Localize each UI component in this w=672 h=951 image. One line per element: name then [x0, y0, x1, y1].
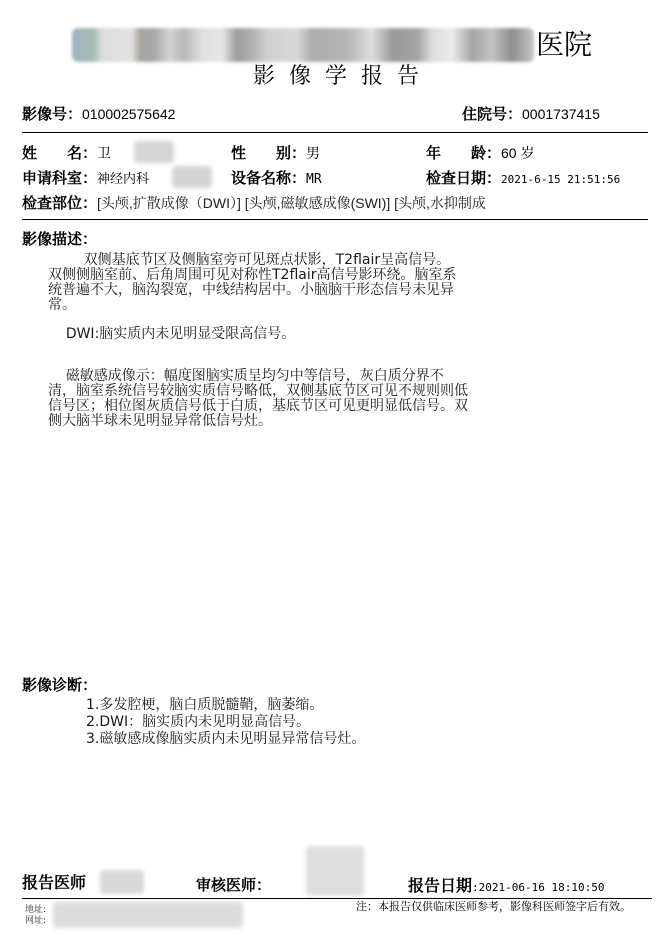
divider-footer [22, 898, 652, 899]
exam-date-value: 2021-6-15 21:51:56 [501, 173, 620, 186]
patient-age-field: 年 龄：60 岁 [426, 143, 534, 163]
patient-name-value: 卫 [97, 146, 111, 162]
report-date-field: 报告日期:2021-06-16 18:10:50 [408, 876, 604, 898]
website-label: 网址: [25, 916, 46, 927]
device-label: 设备名称： [231, 169, 306, 187]
patient-name-redacted [134, 141, 174, 163]
disclaimer-note: 注：本报告仅供临床医师参考，影像科医师签字后有效。 [356, 900, 631, 914]
reporter-signature-redacted [100, 870, 144, 894]
diagnosis-item: 1.多发腔梗，脑白质脱髓鞘，脑萎缩。 [86, 697, 365, 714]
exam-site-value: [头颅,扩散成像（DWI）] [头颅,磁敏感成像(SWI)] [头颅,水抑制成 [97, 195, 486, 211]
inpatient-number-label: 住院号： [462, 105, 522, 123]
exam-site-label: 检查部位： [22, 194, 97, 212]
image-number-field: 影像号：010002575642 [22, 104, 175, 124]
patient-gender-value: 男 [306, 145, 320, 161]
report-date-label: 报告日期 [408, 876, 472, 895]
reporter-label: 报告医师 [22, 873, 86, 893]
patient-gender-label: 性 别： [231, 144, 306, 162]
diagnosis-item: 2.DWI：脑实质内未见明显高信号。 [86, 714, 365, 731]
description-paragraph-1: 双侧基底节区及侧脑室旁可见斑点状影，T2flair呈高信号。 双侧侧脑室前、后角… [48, 253, 588, 313]
divider-info [22, 219, 648, 220]
hospital-name-redacted [72, 28, 534, 62]
inpatient-number-field: 住院号：0001737415 [462, 104, 600, 124]
patient-gender-field: 性 别：男 [231, 143, 320, 163]
address-redacted [53, 902, 243, 928]
report-date-value: :2021-06-16 18:10:50 [472, 881, 604, 894]
description-paragraph-2: DWI:脑实质内未见明显受限高信号。 [48, 327, 588, 342]
hospital-name-suffix: 医院 [536, 27, 592, 63]
divider-top [22, 132, 648, 133]
image-number-label: 影像号： [22, 105, 82, 123]
department-value: 神经内科 [97, 171, 149, 186]
report-title: 影像学报告 [0, 62, 672, 92]
inpatient-number-value: 0001737415 [522, 106, 600, 122]
patient-name-label: 姓 名： [22, 144, 97, 162]
diagnosis-list: 1.多发腔梗，脑白质脱髓鞘，脑萎缩。 2.DWI：脑实质内未见明显高信号。 3.… [86, 697, 365, 748]
exam-site-field: 检查部位：[头颅,扩散成像（DWI）] [头颅,磁敏感成像(SWI)] [头颅,… [22, 193, 648, 213]
device-value: MR [306, 172, 322, 187]
department-label: 申请科室： [22, 169, 97, 187]
patient-age-label: 年 龄： [426, 144, 501, 162]
address-label: 地址: [25, 905, 46, 916]
department-field: 申请科室：神经内科 [22, 168, 149, 189]
image-number-value: 010002575642 [82, 106, 175, 122]
exam-date-label: 检查日期： [426, 169, 501, 187]
exam-date-field: 检查日期：2021-6-15 21:51:56 [426, 168, 620, 190]
diagnosis-title: 影像诊断： [22, 675, 97, 695]
diagnosis-item: 3.磁敏感成像脑实质内未见明显异常信号灶。 [86, 731, 365, 748]
patient-name-field: 姓 名：卫 [22, 143, 111, 164]
department-redacted [172, 166, 212, 188]
description-paragraph-3: 磁敏感成像示：幅度图脑实质呈均匀中等信号，灰白质分界不 清，脑室系统信号较脑实质… [48, 369, 588, 429]
description-title: 影像描述： [22, 229, 97, 249]
device-field: 设备名称：MR [231, 168, 322, 190]
reviewer-label: 审核医师： [196, 875, 271, 895]
patient-age-value: 60 岁 [501, 145, 534, 161]
reviewer-signature-redacted [306, 846, 364, 896]
